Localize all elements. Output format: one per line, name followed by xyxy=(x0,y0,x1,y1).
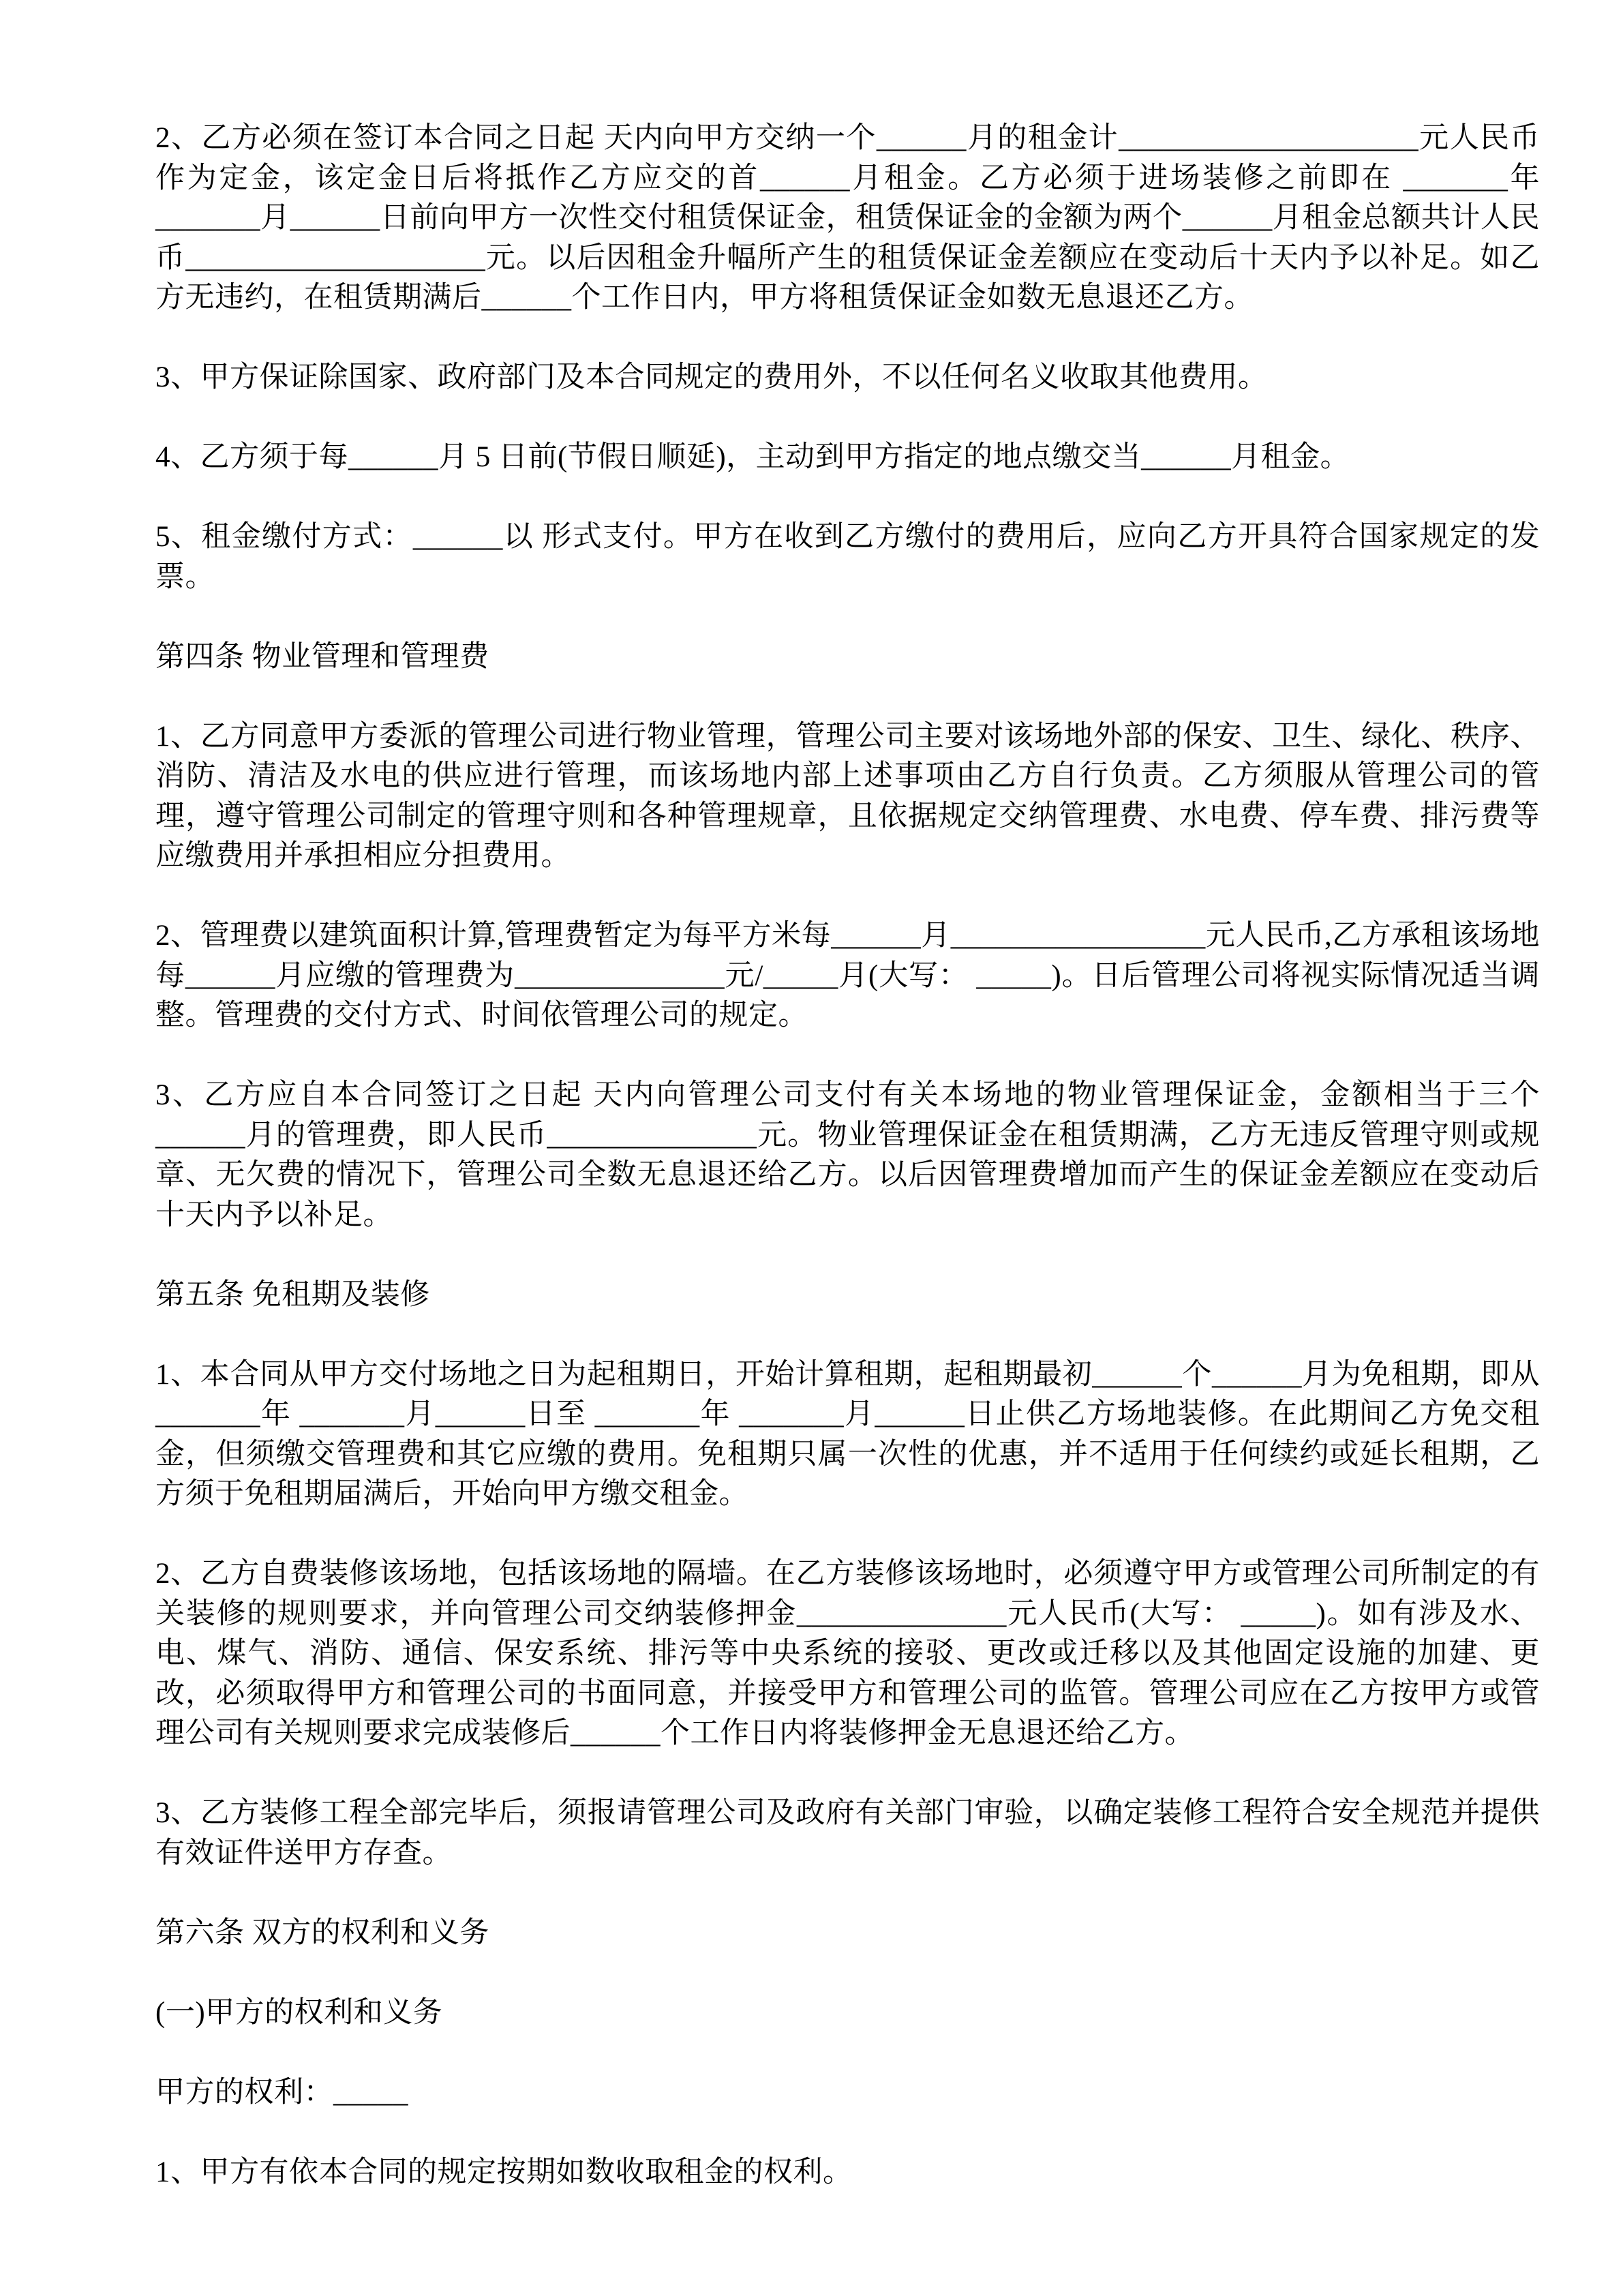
article4-clause-2-management-fee: 2、管理费以建筑面积计算,管理费暂定为每平方米每______月_________… xyxy=(155,916,1540,1036)
article5-clause-3-decoration-inspection: 3、乙方装修工程全部完毕后，须报请管理公司及政府有关部门审验，以确定装修工程符合… xyxy=(155,1794,1540,1873)
heading-article-4: 第四条 物业管理和管理费 xyxy=(155,637,1540,678)
article4-clause-1-property-management: 1、乙方同意甲方委派的管理公司进行物业管理，管理公司主要对该场地外部的保安、卫生… xyxy=(155,717,1540,877)
article5-clause-2-decoration-deposit: 2、乙方自费装修该场地，包括该场地的隔墙。在乙方装修该场地时，必须遵守甲方或管理… xyxy=(155,1554,1540,1754)
clause-5-payment-method: 5、租金缴付方式：______以 形式支付。甲方在收到乙方缴付的费用后，应向乙方… xyxy=(155,517,1540,597)
heading-article-6: 第六条 双方的权利和义务 xyxy=(155,1914,1540,1954)
article5-clause-1-rent-free-period: 1、本合同从甲方交付场地之日为起租期日，开始计算租期，起租期最初______个_… xyxy=(155,1355,1540,1515)
heading-article-5: 第五条 免租期及装修 xyxy=(155,1275,1540,1316)
article6-clause-1-collect-rent-right: 1、甲方有依本合同的规定按期如数收取租金的权利。 xyxy=(155,2153,1540,2193)
subheading-party-a-rights-obligations: (一)甲方的权利和义务 xyxy=(155,1993,1540,2034)
clause-2-deposit-and-guarantee: 2、乙方必须在签订本合同之日起 天内向甲方交纳一个______月的租金计____… xyxy=(155,119,1540,318)
party-a-rights-label: 甲方的权利：_____ xyxy=(155,2073,1540,2113)
article4-clause-3-management-guarantee: 3、乙方应自本合同签订之日起 天内向管理公司支付有关本场地的物业管理保证金，金额… xyxy=(155,1076,1540,1235)
clause-3-no-other-fees: 3、甲方保证除国家、政府部门及本合同规定的费用外，不以任何名义收取其他费用。 xyxy=(155,358,1540,398)
clause-4-monthly-rent-payment: 4、乙方须于每______月 5 日前(节假日顺延)，主动到甲方指定的地点缴交当… xyxy=(155,438,1540,478)
contract-document-page: 2、乙方必须在签订本合同之日起 天内向甲方交纳一个______月的租金计____… xyxy=(0,0,1623,2296)
